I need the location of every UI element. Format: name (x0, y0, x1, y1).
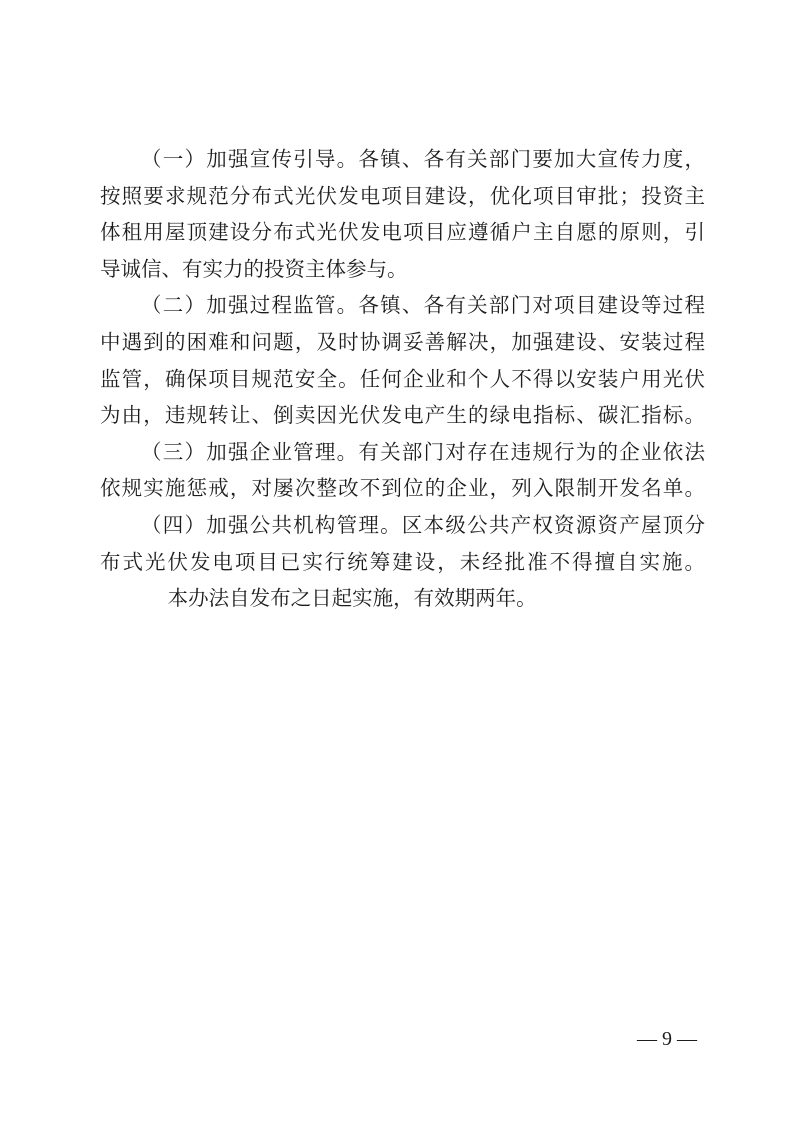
text-line-item-1-1: （一）加强宣传引导。各镇、各有关部门要加大宣传力度， (100, 142, 705, 179)
document-body: （一）加强宣传引导。各镇、各有关部门要加大宣传力度，按照要求规范分布式光伏发电项… (100, 142, 705, 618)
document-page: （一）加强宣传引导。各镇、各有关部门要加大宣传力度，按照要求规范分布式光伏发电项… (0, 0, 793, 1122)
text-line-item-4-2: 布式光伏发电项目已实行统筹建设，未经批准不得擅自实施。 (100, 545, 705, 582)
text-line-item-1-4: 导诚信、有实力的投资主体参与。 (100, 252, 705, 289)
text-line-item-2-3: 监管，确保项目规范安全。任何企业和个人不得以安装户用光伏 (100, 362, 705, 399)
text-line-item-3-1: （三）加强企业管理。有关部门对存在违规行为的企业依法 (100, 435, 705, 472)
page-number: — 9 — (637, 1028, 697, 1050)
text-line-item-2-2: 中遇到的困难和问题，及时协调妥善解决，加强建设、安装过程 (100, 325, 705, 362)
text-line-item-1-2: 按照要求规范分布式光伏发电项目建设，优化项目审批；投资主 (100, 179, 705, 216)
text-line-closing-1: 本办法自发布之日起实施，有效期两年。 (100, 581, 705, 618)
text-line-item-2-1: （二）加强过程监管。各镇、各有关部门对项目建设等过程 (100, 288, 705, 325)
text-line-item-4-1: （四）加强公共机构管理。区本级公共产权资源资产屋顶分 (100, 508, 705, 545)
text-line-item-2-4: 为由，违规转让、倒卖因光伏发电产生的绿电指标、碳汇指标。 (100, 398, 705, 435)
page-footer: — 9 — (637, 1027, 697, 1051)
text-line-item-3-2: 依规实施惩戒，对屡次整改不到位的企业，列入限制开发名单。 (100, 471, 705, 508)
text-line-item-1-3: 体租用屋顶建设分布式光伏发电项目应遵循户主自愿的原则，引 (100, 215, 705, 252)
